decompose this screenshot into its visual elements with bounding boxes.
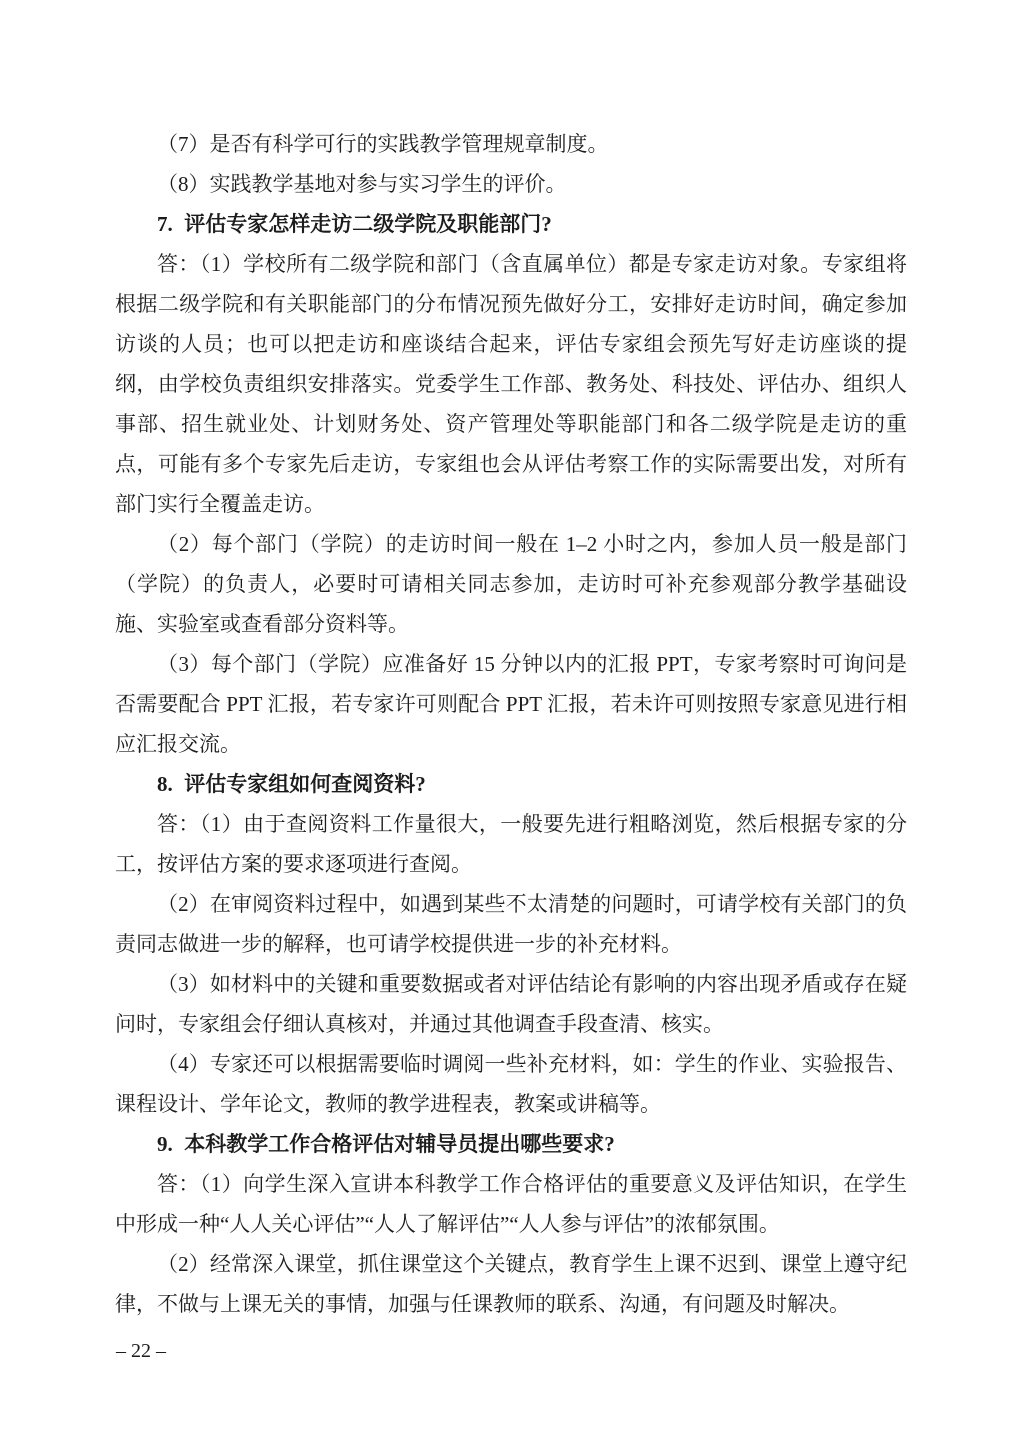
paragraph: （8）实践教学基地对参与实习学生的评价。 [115,164,907,204]
question-heading-7: 7.评估专家怎样走访二级学院及职能部门? [115,204,907,244]
paragraph: （4）专家还可以根据需要临时调阅一些补充材料，如：学生的作业、实验报告、课程设计… [115,1044,907,1124]
question-number: 8. [157,772,173,796]
question-title: 评估专家组如何查阅资料? [184,772,426,796]
page-body-text: （7）是否有科学可行的实践教学管理规章制度。 （8）实践教学基地对参与实习学生的… [115,124,907,1324]
paragraph: 答：（1）学校所有二级学院和部门（含直属单位）都是专家走访对象。专家组将根据二级… [115,244,907,524]
document-page: （7）是否有科学可行的实践教学管理规章制度。 （8）实践教学基地对参与实习学生的… [0,0,1024,1447]
question-heading-9: 9.本科教学工作合格评估对辅导员提出哪些要求? [115,1124,907,1164]
paragraph: （7）是否有科学可行的实践教学管理规章制度。 [115,124,907,164]
paragraph: （2）每个部门（学院）的走访时间一般在 1–2 小时之内，参加人员一般是部门（学… [115,524,907,644]
paragraph: （2）在审阅资料过程中，如遇到某些不太清楚的问题时，可请学校有关部门的负责同志做… [115,884,907,964]
paragraph: （3）如材料中的关键和重要数据或者对评估结论有影响的内容出现矛盾或存在疑问时，专… [115,964,907,1044]
question-title: 评估专家怎样走访二级学院及职能部门? [184,212,552,236]
paragraph: （2）经常深入课堂，抓住课堂这个关键点，教育学生上课不迟到、课堂上遵守纪律，不做… [115,1244,907,1324]
question-heading-8: 8.评估专家组如何查阅资料? [115,764,907,804]
page-number: – 22 – [116,1336,166,1366]
paragraph: （3）每个部门（学院）应准备好 15 分钟以内的汇报 PPT，专家考察时可询问是… [115,644,907,764]
question-number: 9. [157,1132,173,1156]
paragraph: 答：（1）向学生深入宣讲本科教学工作合格评估的重要意义及评估知识，在学生中形成一… [115,1164,907,1244]
question-title: 本科教学工作合格评估对辅导员提出哪些要求? [184,1132,615,1156]
question-number: 7. [157,212,173,236]
paragraph: 答：（1）由于查阅资料工作量很大，一般要先进行粗略浏览，然后根据专家的分工，按评… [115,804,907,884]
